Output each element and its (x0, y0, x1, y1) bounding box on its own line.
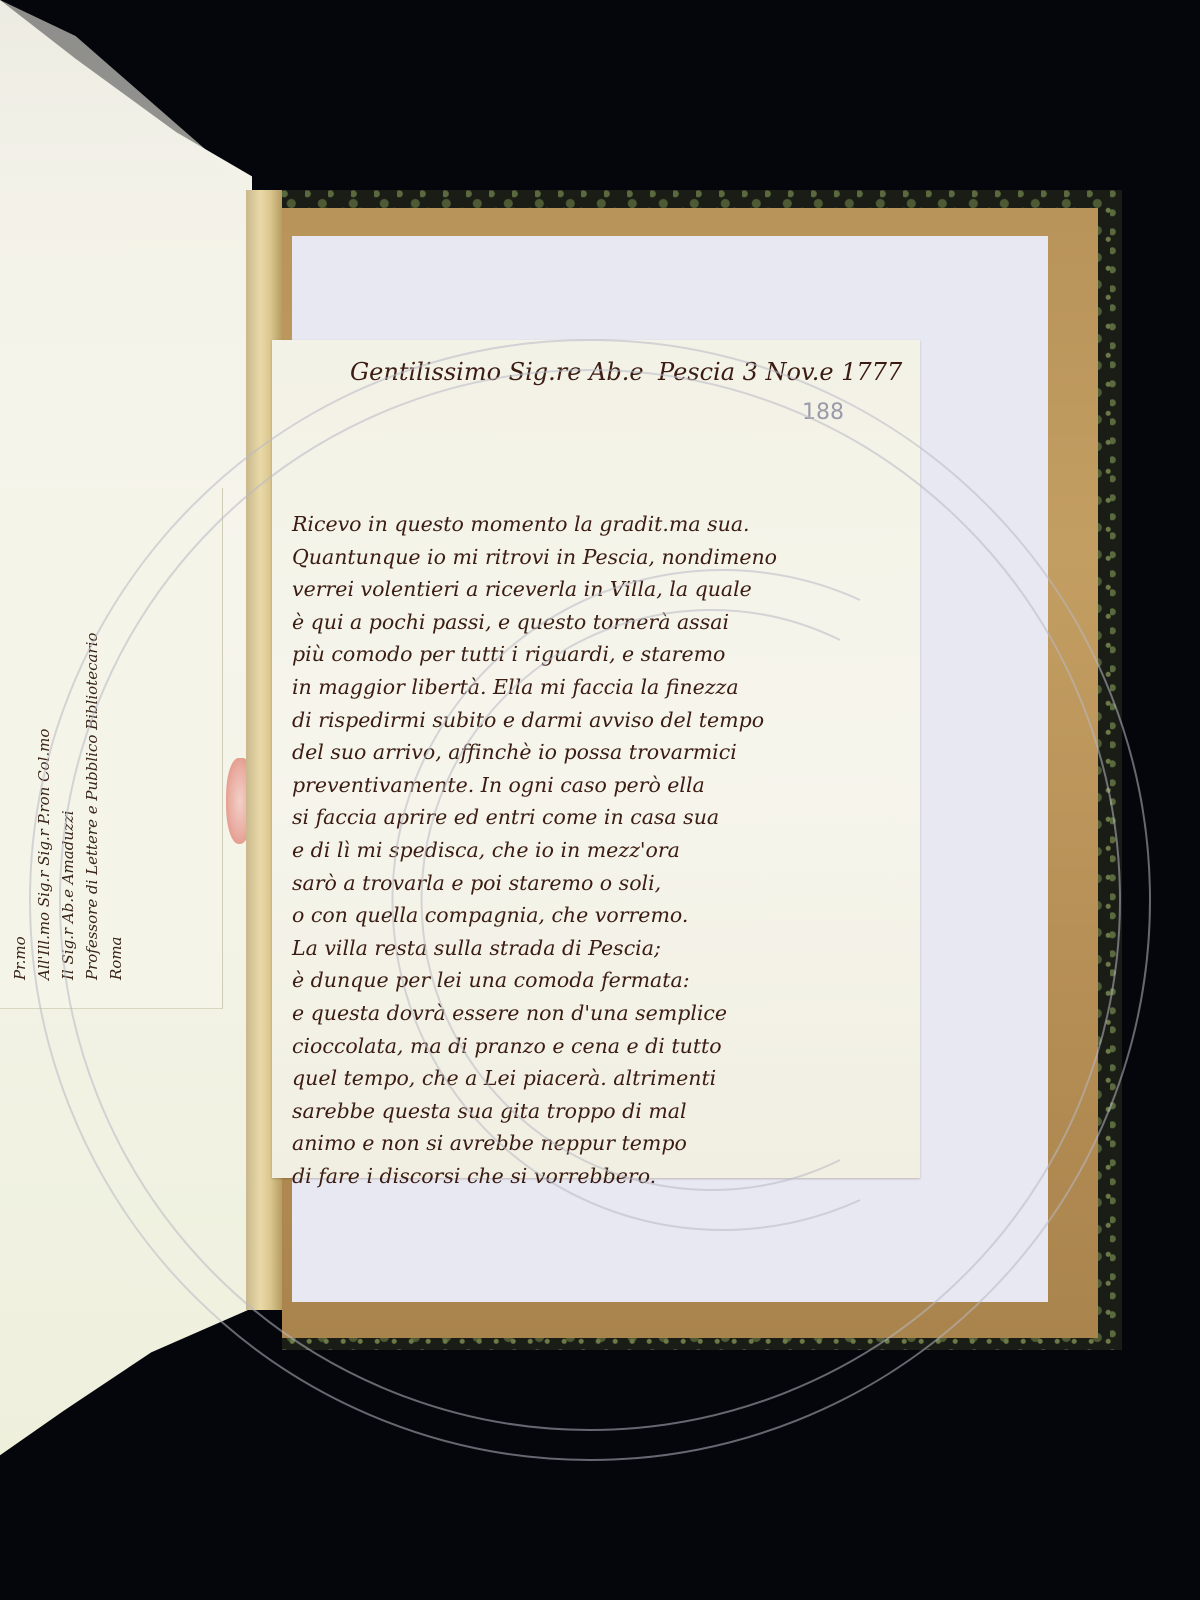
letter-line: quel tempo, che a Lei piacerà. altriment… (292, 1062, 902, 1095)
letter-line: sarebbe questa sua gita troppo di mal (292, 1095, 902, 1128)
address-line: Roma (104, 540, 128, 980)
left-page-fold (0, 0, 252, 200)
letter-line: si faccia aprire ed entri come in casa s… (292, 801, 902, 834)
letter-line: o con quella compagnia, che vorremo. (292, 899, 902, 932)
letter-line: Quantunque io mi ritrovi in Pescia, nond… (292, 541, 902, 574)
address-line: Pr.mo (8, 540, 32, 980)
letter-line: sarò a trovarla e poi staremo o soli, (292, 867, 902, 900)
letter-line: e questa dovrà essere non d'una semplice (292, 997, 902, 1030)
letter-line: animo e non si avrebbe neppur tempo (292, 1127, 902, 1160)
letter-line: verrei volentieri a riceverla in Villa, … (292, 573, 902, 606)
letter-line: più comodo per tutti i riguardi, e stare… (292, 638, 902, 671)
address-line: Professore di Lettere e Pubblico Bibliot… (80, 540, 104, 980)
letter-line: Ricevo in questo momento la gradit.ma su… (292, 508, 902, 541)
letter-line: preventivamente. In ogni caso però ella (292, 769, 902, 802)
letter-dateline: Pescia 3 Nov.e 1777 (658, 358, 902, 386)
address-text: Pr.mo All'Ill.mo Sig.r Sig.r P.ron Col.m… (8, 540, 218, 980)
letter-body: Ricevo in questo momento la gradit.ma su… (292, 508, 902, 1192)
address-line: All'Ill.mo Sig.r Sig.r P.ron Col.mo (32, 540, 56, 980)
letter-line: del suo arrivo, affinchè io possa trovar… (292, 736, 902, 769)
folio-number: 188 (802, 400, 844, 425)
letter-line: di fare i discorsi che si vorrebbero. (292, 1160, 902, 1193)
letter-line: cioccolata, ma di pranzo e cena e di tut… (292, 1030, 902, 1063)
address-line: Il Sig.r Ab.e Amaduzzi (56, 540, 80, 980)
letter-line: La villa resta sulla strada di Pescia; (292, 932, 902, 965)
letter-salutation: Gentilissimo Sig.re Ab.e (350, 358, 644, 386)
letter-line: e di lì mi spedisca, che io in mezz'ora (292, 834, 902, 867)
letter-line: in maggior libertà. Ella mi faccia la fi… (292, 671, 902, 704)
letter-line: è qui a pochi passi, e questo tornerà as… (292, 606, 902, 639)
letter-line: è dunque per lei una comoda fermata: (292, 964, 902, 997)
letter-line: di rispedirmi subito e darmi avviso del … (292, 704, 902, 737)
